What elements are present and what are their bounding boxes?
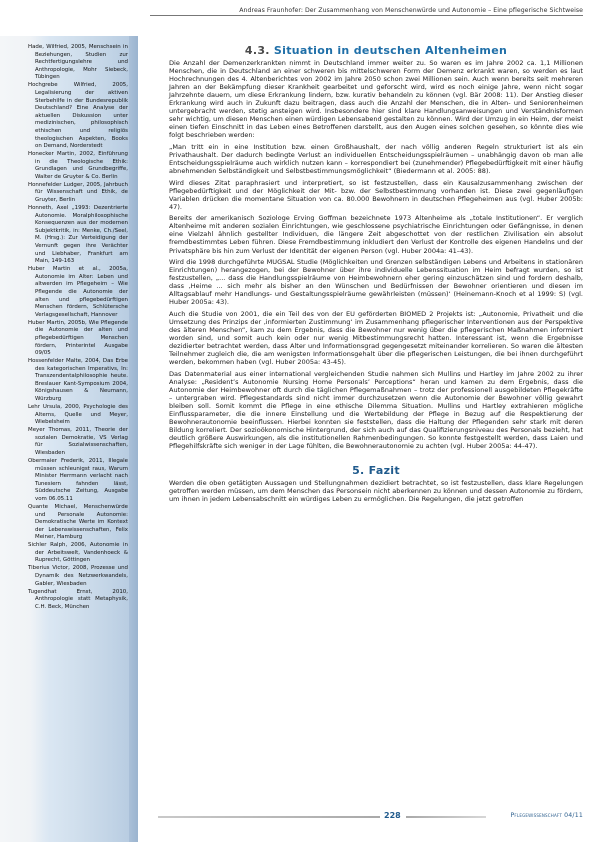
running-head: Andreas Fraunhofer: Der Zusammenhang von… [150,7,583,16]
reference-item: Huber Martin, 2005b, Wie Pflegende die A… [28,320,128,358]
reference-item: Obermaier Frederik, 2011, Illegale müsse… [28,458,128,504]
page-footer: 228 Pflegewissenschaft 04/11 [158,812,583,822]
sidebar-edge-bar [129,36,138,842]
reference-item: Honnefelder Ludger, 2005, Jahrbuch für W… [28,182,128,205]
section-number: 4.3. [245,44,270,57]
reference-item: Tiberius Victor, 2008, Prozesse und Dyna… [28,565,128,588]
body-paragraph: Die Anzahl der Demenzerkrankten nimmt in… [169,59,583,139]
body-paragraph: Wird dieses Zitat paraphrasiert und inte… [169,179,583,211]
reference-item: Hade, Wilfried, 2005, Menschsein in Bezi… [28,44,128,82]
reference-item: Tugendhat Ernst, 2010, Anthropologie sta… [28,589,128,612]
section-title: Situation in deutschen Altenheimen [274,44,507,57]
body-paragraph: Werden die oben getätigten Aussagen und … [169,479,583,503]
reference-item: Honecker Martin, 2002, Einführung in die… [28,151,128,181]
body-paragraph: Bereits der amerikanisch Soziologe Ervin… [169,214,583,254]
reference-item: Hossenfelder Malte, 2004, Das Erbe des k… [28,358,128,404]
reference-item: Honneth, Axel „1993: Dezentrierte Autono… [28,205,128,266]
reference-list: Hade, Wilfried, 2005, Menschsein in Bezi… [28,44,128,612]
footer-rule [158,816,380,818]
reference-item: Lehr Ursula, 2000, Psychologie des Alter… [28,404,128,427]
block-quote: „Man tritt ein in eine Institution bzw. … [169,143,583,175]
section-heading-4-3: 4.3. Situation in deutschen Altenheimen [169,44,583,57]
section-heading-5: 5. Fazit [169,464,583,477]
page-number: 228 [384,811,401,820]
reference-item: Sichler Ralph, 2006, Autonomie in der Ar… [28,542,128,565]
section-number: 5. [352,464,364,477]
reference-item: Hochgrebe Wilfried, 2005, Legalisierung … [28,82,128,150]
body-paragraph: Das Datenmaterial aus einer internationa… [169,370,583,450]
body-paragraph: Wird die 1998 durchgeführte MUGSAL Studi… [169,258,583,306]
body-paragraph: Auch die Studie von 2001, die ein Teil d… [169,310,583,366]
reference-item: Quante Michael, Menschenwürde und Person… [28,504,128,542]
reference-item: Meyer Thomas, 2011, Theorie der sozialen… [28,427,128,457]
section-title: Fazit [369,464,400,477]
footer-rule [406,816,486,818]
main-column: 4.3. Situation in deutschen Altenheimen … [169,44,583,507]
journal-issue: Pflegewissenschaft 04/11 [511,812,584,819]
reference-item: Huber Martin et al., 2005a, Autonomie im… [28,266,128,319]
